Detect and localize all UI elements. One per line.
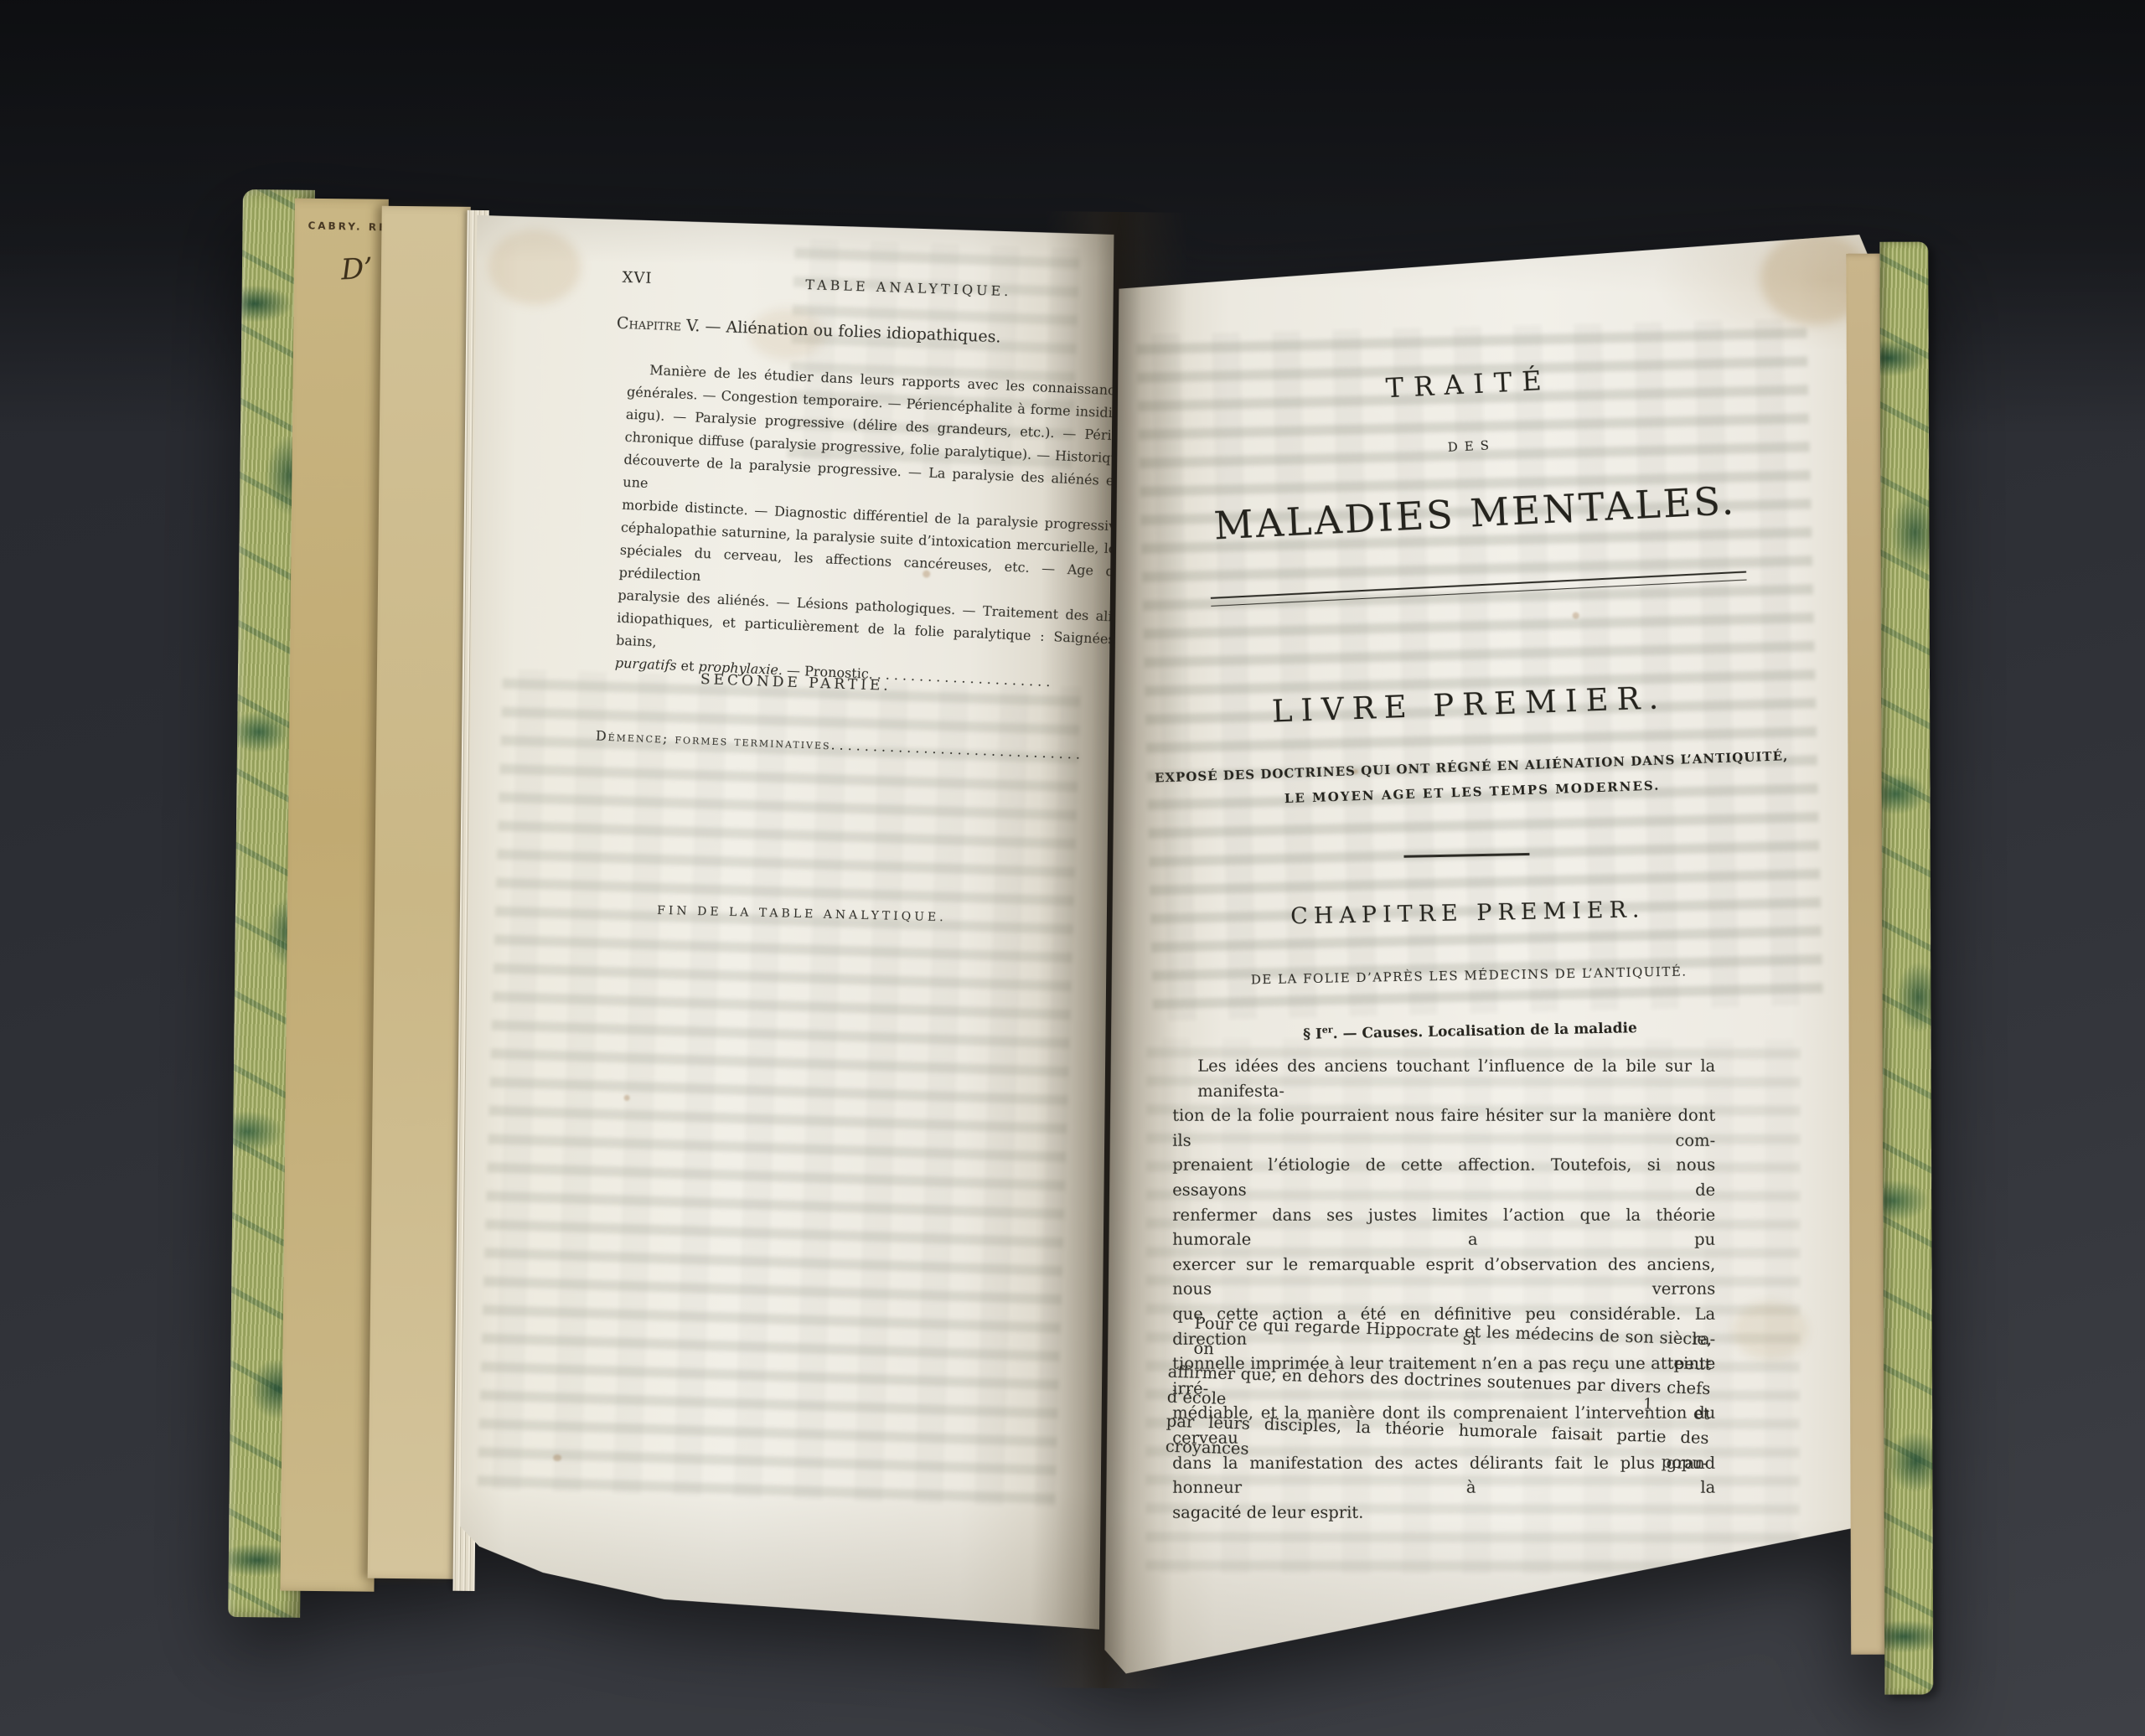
toc-entry-paragraph: Manière de les étudier dans leurs rappor… xyxy=(614,358,1130,696)
table-end-note: FIN DE LA TABLE ANALYTIQUE. xyxy=(609,902,995,925)
body-line: que cette action a été en définitive peu… xyxy=(1172,1302,1715,1351)
photo-of-open-book: CABRY. REL D’ XVI TABLE ANALYTIQUE. Chap… xyxy=(0,0,2145,1736)
chapter-subtitle: DE LA FOLIE D’APRÈS LES MÉDECINS DE L’AN… xyxy=(1134,962,1804,989)
toc-chapter-label: Chapitre V. xyxy=(617,314,700,336)
body-line: tionnelle imprimée à leur traitement n’e… xyxy=(1172,1351,1715,1401)
part-entry: Démence; formes terminatives xyxy=(596,727,831,752)
paper-stain xyxy=(749,308,825,359)
body-paragraph-2: Pour ce qui regarde Hippocrate et les mé… xyxy=(1165,1310,1712,1476)
toc-line: céphalopathie saturnine, la paralysie su… xyxy=(620,516,1124,561)
show-through-text xyxy=(1136,318,1823,1021)
body-line: sagacité de leur esprit. xyxy=(1172,1500,1715,1525)
foxing-spot xyxy=(1353,769,1358,774)
show-through-text xyxy=(1146,1038,1801,1575)
show-through-text xyxy=(787,239,1080,483)
toc-italic: purgatifs xyxy=(615,654,677,673)
paper-stain xyxy=(1732,1301,1808,1361)
toc-line: découverte de la paralysie progressive. … xyxy=(623,448,1127,515)
toc-line: paralysie des aliénés. — Lésions patholo… xyxy=(618,584,1121,628)
book-part-subtitle: EXPOSÉ DES DOCTRINES QUI ONT RÉGNÉ EN AL… xyxy=(1136,747,1806,786)
body-line: Les idées des anciens touchant l’influen… xyxy=(1172,1054,1715,1103)
foxing-spot xyxy=(923,571,930,578)
book-title-des: DES xyxy=(1145,422,1798,469)
dot-leader: ...................... xyxy=(868,666,1055,690)
page-header: XVI TABLE ANALYTIQUE. xyxy=(473,264,1114,285)
foxing-spot xyxy=(1584,1435,1592,1441)
double-rule xyxy=(1211,571,1747,607)
body-line: médiable, et la manière dont ils compren… xyxy=(1172,1401,1715,1450)
body-line: tion de la folie pourraient nous faire h… xyxy=(1172,1103,1715,1153)
left-page: XVI TABLE ANALYTIQUE. Chapitre V. — Alié… xyxy=(459,205,1114,1630)
book-part-subtitle: LE MOYEN AGE ET LES TEMPS MODERNES. xyxy=(1137,772,1807,811)
show-through-text xyxy=(478,669,1081,1507)
book-part-heading: LIVRE PREMIER. xyxy=(1134,674,1805,734)
body-paragraph-1: Les idées des anciens touchant l’influen… xyxy=(1172,1054,1715,1525)
short-rule xyxy=(1403,853,1529,858)
foxing-spot xyxy=(1573,612,1579,619)
paper-stain xyxy=(488,229,581,305)
right-cover-board-marbled xyxy=(1879,241,1933,1694)
dot-leader: .............................. xyxy=(830,736,1084,762)
toc-italic: prophylaxie. xyxy=(698,659,783,678)
toc-chapter-heading: Chapitre V. — Aliénation ou folies idiop… xyxy=(617,314,1001,347)
body-line: Pour ce qui regarde Hippocrate et les mé… xyxy=(1168,1310,1713,1377)
folio-number: XVI xyxy=(622,269,653,287)
book-part-block: LIVRE PREMIER. EXPOSÉ DES DOCTRINES QUI … xyxy=(1134,674,1807,811)
open-book: CABRY. REL D’ XVI TABLE ANALYTIQUE. Chap… xyxy=(227,186,1969,1703)
body-line: renfermer dans ses justes limites l’acti… xyxy=(1172,1202,1715,1252)
toc-line: Manière de les étudier dans leurs rappor… xyxy=(628,358,1131,402)
toc-line: spéciales du cerveau, les affections can… xyxy=(618,539,1123,606)
fore-edge-and-right-board xyxy=(1846,241,1935,1694)
part-entry-line: Démence; formes terminatives............… xyxy=(596,727,1115,763)
binder-stamp: CABRY. REL xyxy=(308,220,386,233)
section-heading: § Ier. — Causes. Localisation de la mala… xyxy=(1135,1015,1805,1046)
body-line: dans la manifestation des actes délirant… xyxy=(1172,1450,1715,1500)
title-block: TRAITÉ DES MALADIES MENTALES. xyxy=(1141,353,1805,610)
book-title-main: MALADIES MENTALES. xyxy=(1147,474,1802,551)
right-page: TRAITÉ DES MALADIES MENTALES. LIVRE PREM… xyxy=(1092,214,1874,1696)
handwritten-owner-mark: D’ xyxy=(340,251,374,287)
page-number: 1 xyxy=(1615,1394,1682,1414)
toc-line: aigu). — Paralysie progressive (délire d… xyxy=(625,403,1129,447)
toc-line: idiopathiques, et particulièrement de la… xyxy=(616,607,1120,674)
body-line: affirmer que, en dehors des doctrines so… xyxy=(1166,1360,1711,1427)
part-heading: SECONDE PARTIE. xyxy=(595,668,997,699)
chapter-heading: CHAPITRE PREMIER. xyxy=(1133,894,1803,933)
running-title: TABLE ANALYTIQUE. xyxy=(724,274,1093,302)
foxing-spot xyxy=(553,1454,561,1461)
foxing-spot xyxy=(624,1095,630,1101)
toc-line: morbide distincte. — Diagnostic différen… xyxy=(622,493,1125,538)
toc-line: générales. — Congestion temporaire. — Pé… xyxy=(627,380,1130,425)
toc-chapter-title: — Aliénation ou folies idiopathiques. xyxy=(700,317,1001,346)
body-line: prenaient l’étiologie de cette affection… xyxy=(1172,1153,1715,1202)
body-line: par leurs disciples, la théorie humorale… xyxy=(1165,1409,1709,1476)
chapter-block: CHAPITRE PREMIER. DE LA FOLIE D’APRÈS LE… xyxy=(1132,848,1806,1046)
body-line: exercer sur le remarquable esprit d’obse… xyxy=(1172,1252,1715,1301)
toc-line: chronique diffuse (paralysie progressive… xyxy=(624,426,1128,470)
toc-line-last: purgatifs et prophylaxie. — Pronostic...… xyxy=(614,651,1118,695)
book-title-word: TRAITÉ xyxy=(1141,353,1796,416)
